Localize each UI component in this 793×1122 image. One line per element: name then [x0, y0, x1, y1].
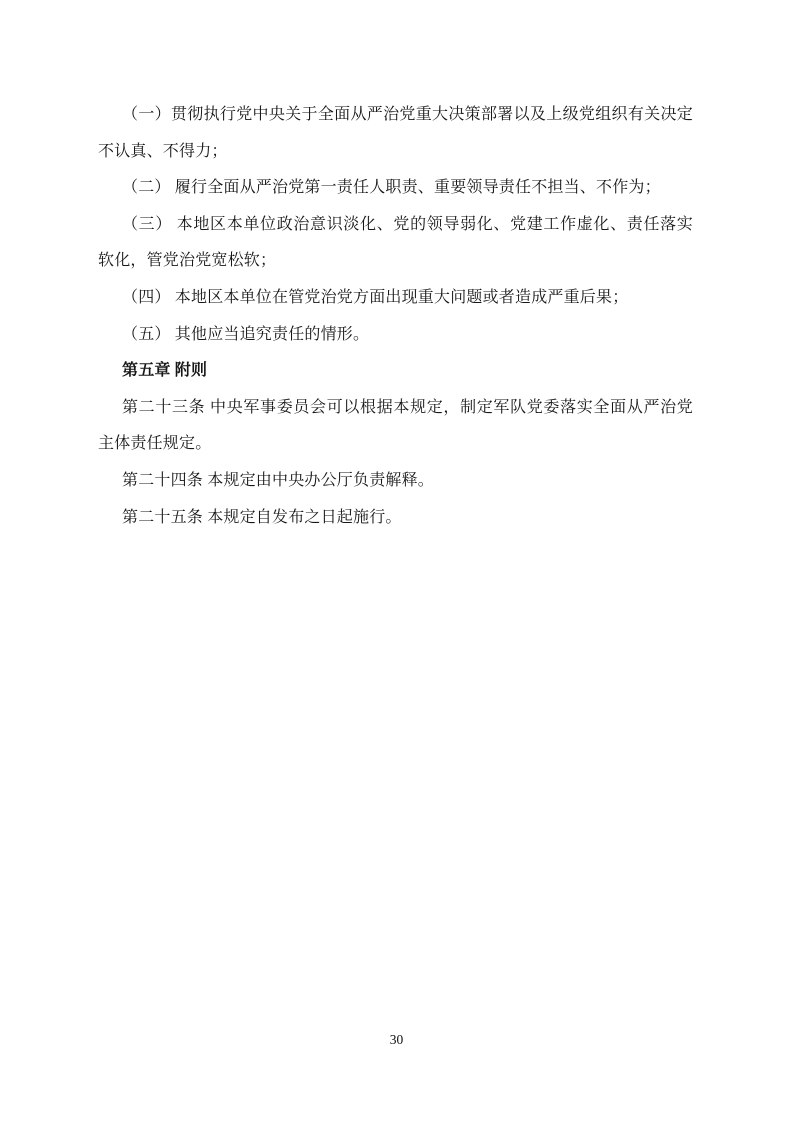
- clause-item-3: （三） 本地区本单位政治意识淡化、党的领导弱化、党建工作虚化、责任落实软化，管党…: [98, 207, 693, 280]
- article-24: 第二十四条 本规定由中央办公厅负责解释。: [98, 463, 693, 500]
- chapter-5-heading: 第五章 附则: [98, 353, 693, 390]
- page-number: 30: [0, 1032, 793, 1048]
- article-25: 第二十五条 本规定自发布之日起施行。: [98, 500, 693, 537]
- document-body: （一）贯彻执行党中央关于全面从严治党重大决策部署以及上级党组织有关决定不认真、不…: [98, 97, 693, 536]
- clause-item-5: （五） 其他应当追究责任的情形。: [98, 317, 693, 354]
- article-23: 第二十三条 中央军事委员会可以根据本规定，制定军队党委落实全面从严治党主体责任规…: [98, 390, 693, 463]
- clause-item-2: （二） 履行全面从严治党第一责任人职责、重要领导责任不担当、不作为；: [98, 170, 693, 207]
- document-page: （一）贯彻执行党中央关于全面从严治党重大决策部署以及上级党组织有关决定不认真、不…: [0, 0, 793, 1122]
- clause-item-1: （一）贯彻执行党中央关于全面从严治党重大决策部署以及上级党组织有关决定不认真、不…: [98, 97, 693, 170]
- clause-item-4: （四） 本地区本单位在管党治党方面出现重大问题或者造成严重后果；: [98, 280, 693, 317]
